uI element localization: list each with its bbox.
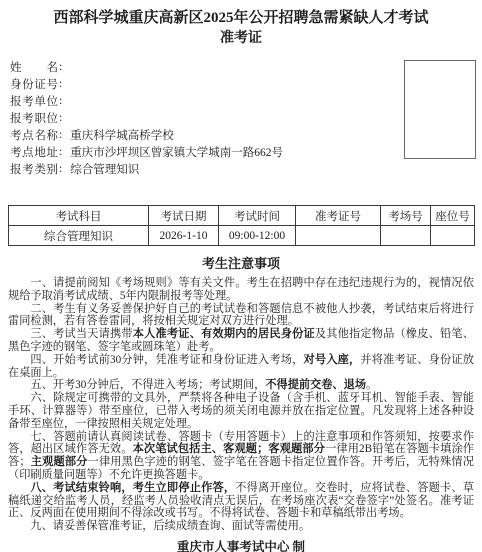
table-cell: 2026-1-10	[149, 226, 219, 246]
table-header-row: 考试科目考试日期考试时间准考证号考场号座位号	[9, 206, 475, 226]
table-cell	[296, 226, 381, 246]
table-cell: 综合管理知识	[9, 226, 149, 246]
field-label: 身份证号	[10, 76, 58, 92]
notice-bold-text: 本人准考证、有效期内的居民身份证	[133, 328, 315, 340]
field-row: 报考职位:	[10, 109, 472, 126]
field-row: 报考单位:	[10, 92, 472, 109]
notice-item: 二、考生有义务妥善保护好自己的考试试卷和答题信息不被他人抄袭，考试结束后将进行雷…	[8, 303, 474, 329]
table-header-cell: 准考证号	[296, 206, 381, 226]
notice-item: 八、考试结束铃响，考生立即停止作答，不得离开座位。交卷时，应将试卷、答题卡、草稿…	[8, 482, 474, 520]
table-cell: 09:00-12:00	[219, 226, 296, 246]
field-value: 综合管理知识	[70, 161, 472, 177]
field-row: 姓名:	[10, 58, 472, 75]
field-colon: :	[59, 95, 62, 107]
notice-item: 四、开始考试前30分钟，凭准考证和身份证进入考场，对号入座，并将准考证、身份证放…	[8, 354, 474, 380]
notice-item: 六、除规定可携带的文具外，严禁将各种电子设备（含手机、蓝牙耳机、智能手表、智能手…	[8, 392, 474, 430]
footer-issuer: 重庆市人事考试中心 制	[0, 537, 482, 552]
field-colon: :	[59, 146, 62, 158]
table-row: 综合管理知识2026-1-1009:00-12:00	[9, 226, 475, 246]
notice-list: 一、请提前阅知《考场规则》等有关文件。考生在招聘中存在违纪违规行为的，视情况依规…	[8, 277, 474, 533]
notice-item: 九、请妥善保管准考证，后续成绩查询、面试等需使用。	[8, 520, 474, 533]
field-row: 考点名称:重庆科学城高桥学校	[10, 126, 472, 143]
field-label: 考点名称	[10, 127, 58, 143]
notice-bold-text: 不得提前交卷、退场	[265, 379, 366, 391]
table-head: 考试科目考试日期考试时间准考证号考场号座位号	[9, 206, 475, 226]
table-body: 综合管理知识2026-1-1009:00-12:00	[9, 226, 475, 246]
page-subtitle: 准考证	[0, 30, 482, 48]
field-row: 身份证号:	[10, 75, 472, 92]
table-header-cell: 考试日期	[149, 206, 219, 226]
notice-bold-text: 对号入座，	[303, 354, 360, 366]
admission-ticket-document: 西部科学城重庆高新区2025年公开招聘急需紧缺人才考试 准考证 姓名:身份证号:…	[0, 0, 482, 552]
field-label: 报考类别	[10, 161, 58, 177]
field-row: 报考类别:综合管理知识	[10, 160, 472, 177]
notice-heading: 考生注意事项	[0, 256, 482, 272]
notice-item: 五、开考30分钟后，不得进入考场；考试期间，不得提前交卷、退场。	[8, 379, 474, 392]
table-header-cell: 座位号	[431, 206, 475, 226]
candidate-info-fields: 姓名:身份证号:报考单位:报考职位:考点名称:重庆科学城高桥学校考点地址:重庆市…	[10, 58, 472, 177]
field-label: 报考职位	[10, 110, 58, 126]
table-header-cell: 考试时间	[219, 206, 296, 226]
field-colon: :	[59, 163, 62, 175]
field-label: 考点地址	[10, 144, 58, 160]
notice-item: 七、答题前请认真阅读试卷、答题卡（专用答题卡）上的注意事项和作答须知，按要求作答…	[8, 431, 474, 482]
page-title: 西部科学城重庆高新区2025年公开招聘急需紧缺人才考试	[0, 8, 482, 28]
field-row: 考点地址:重庆市沙坪坝区曾家镇大学城南一路662号	[10, 143, 472, 160]
field-label: 姓名	[10, 59, 58, 75]
table-cell	[431, 226, 475, 246]
notice-bold-text: 八、考试结束铃响，考生立即停止作答，	[30, 482, 235, 494]
table-header-cell: 考场号	[381, 206, 431, 226]
field-colon: :	[59, 112, 62, 124]
field-colon: :	[59, 78, 62, 90]
photo-placeholder-box	[404, 60, 476, 159]
table-header-cell: 考试科目	[9, 206, 149, 226]
notice-item: 一、请提前阅知《考场规则》等有关文件。考生在招聘中存在违纪违规行为的，视情况依规…	[8, 277, 474, 303]
notice-bold-text: 主观题部分	[31, 456, 88, 468]
table-cell	[381, 226, 431, 246]
field-colon: :	[59, 61, 62, 73]
notice-bold-text: 本次笔试包括主、客观题；客观题部分	[133, 443, 326, 455]
exam-table: 考试科目考试日期考试时间准考证号考场号座位号综合管理知识2026-1-1009:…	[8, 205, 475, 246]
field-colon: :	[59, 129, 62, 141]
notice-item: 三、考试当天请携带本人准考证、有效期内的居民身份证及其他指定物品（橡皮、铅笔、黑…	[8, 328, 474, 354]
field-label: 报考单位	[10, 93, 58, 109]
